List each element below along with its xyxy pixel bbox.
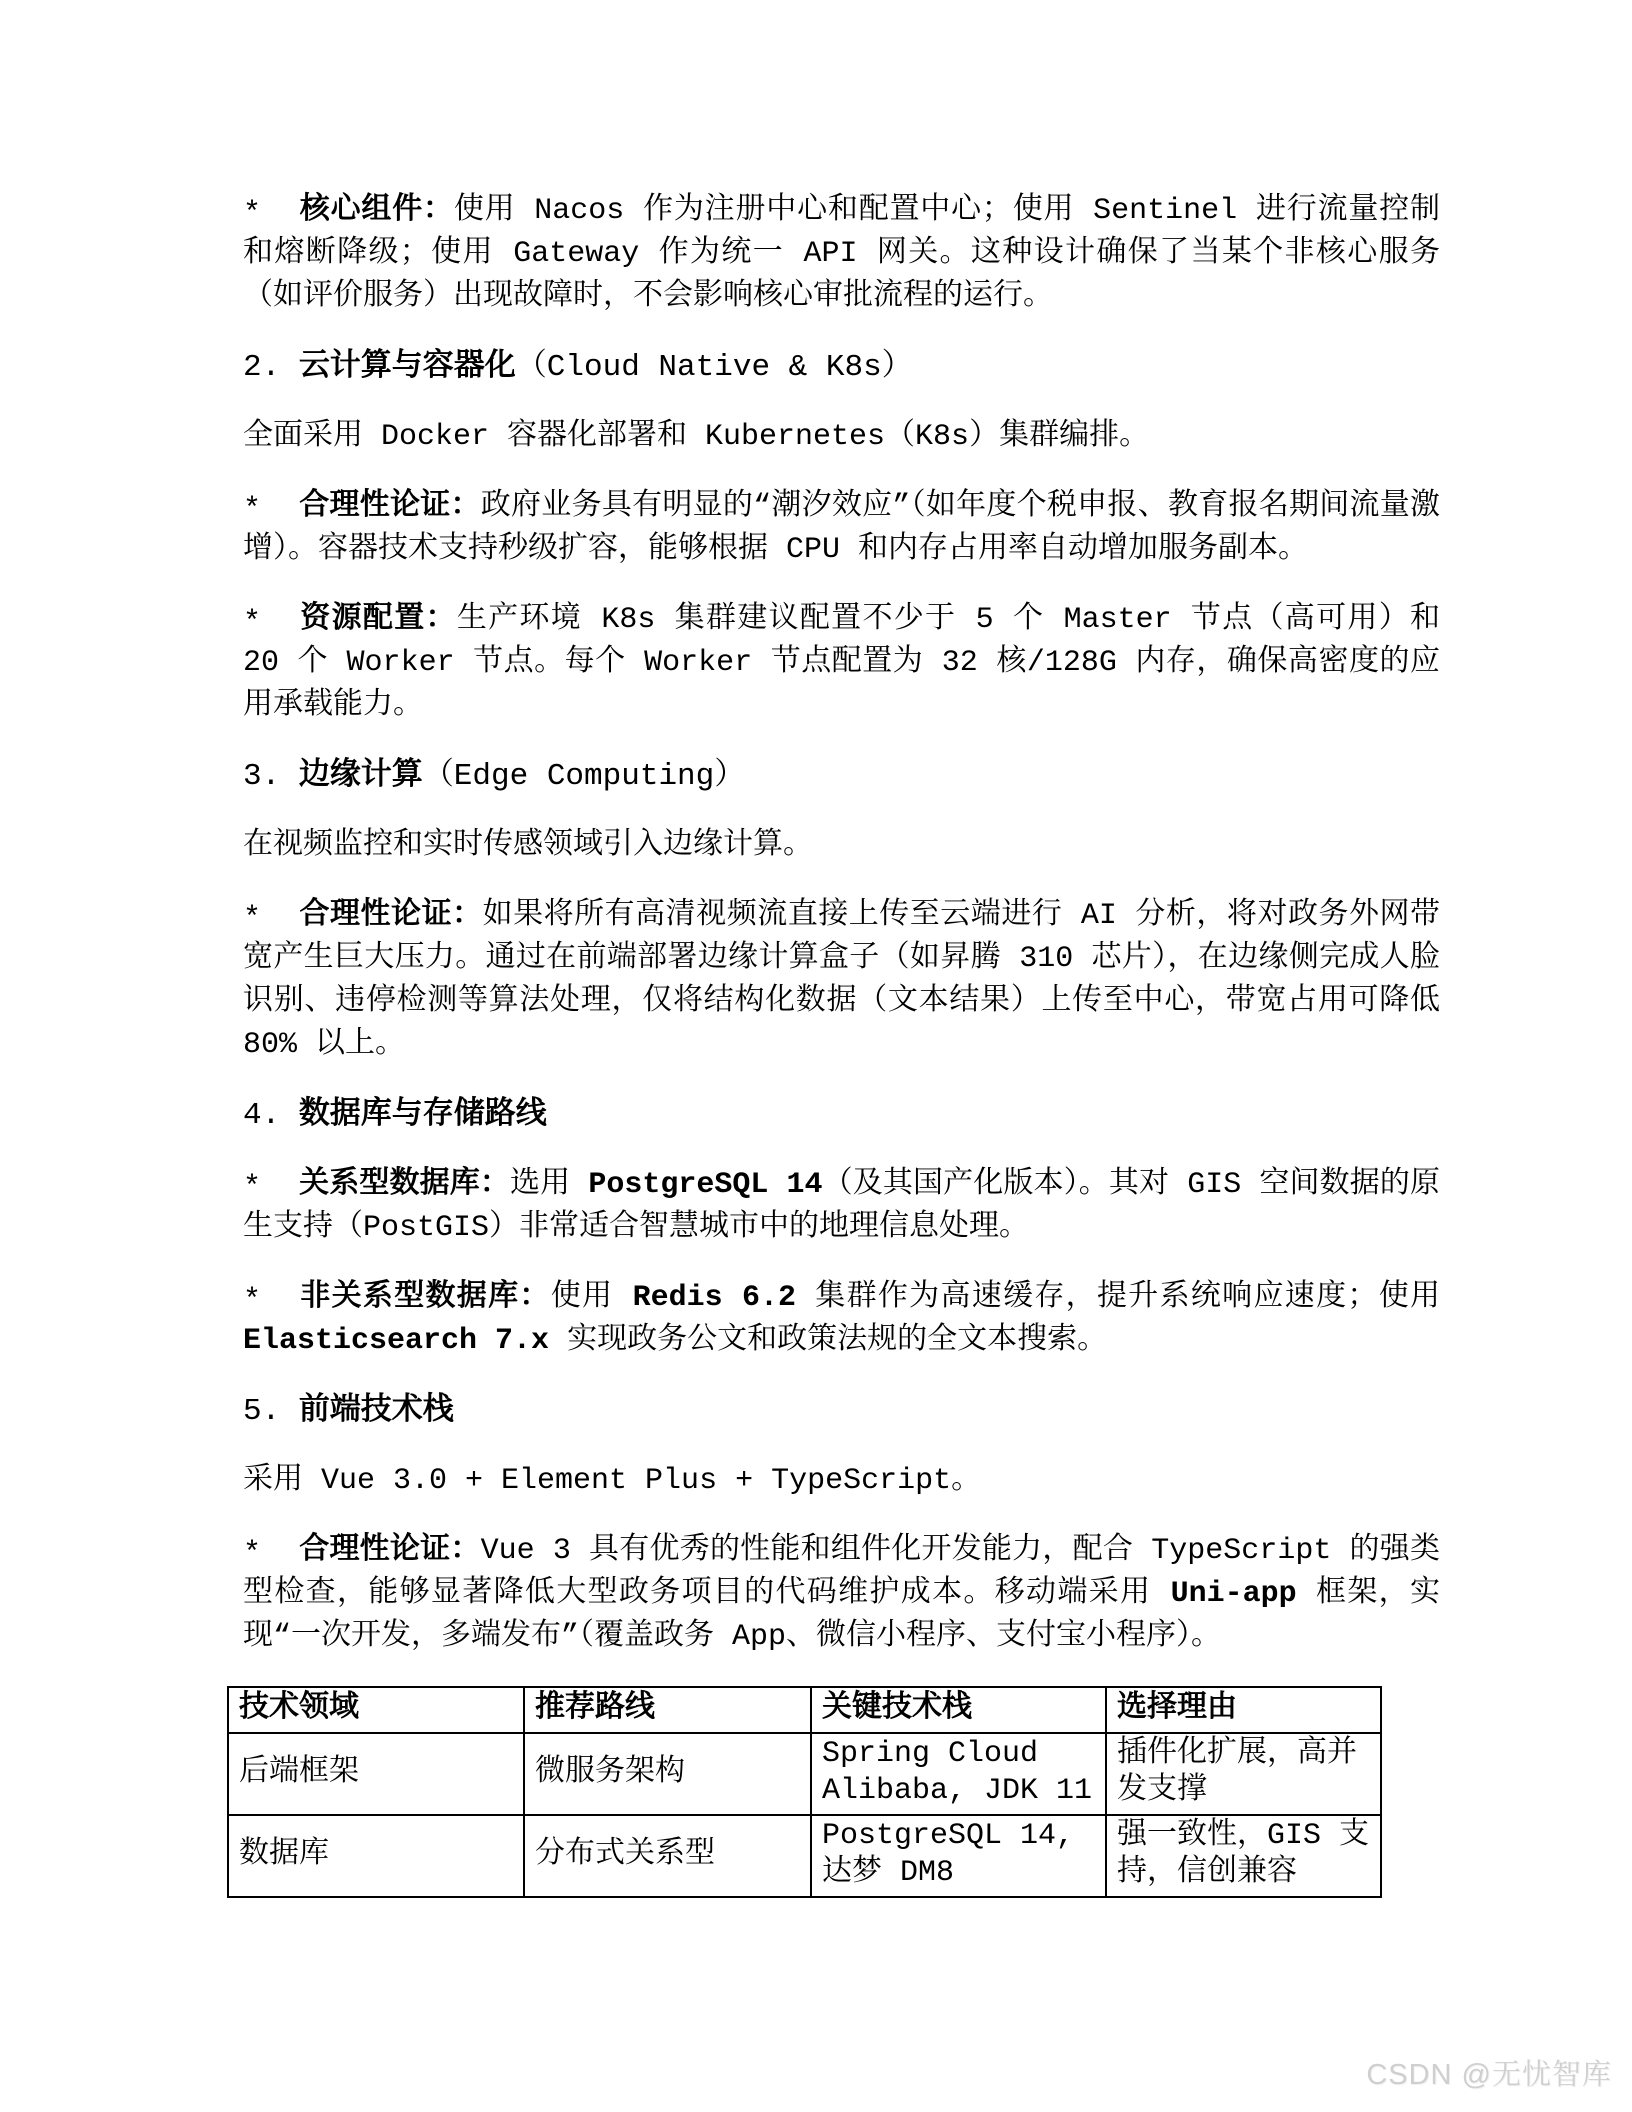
column-header-selection-reason: 选择理由 <box>1106 1687 1381 1733</box>
cell-tech-domain: 数据库 <box>228 1815 524 1897</box>
paragraph-edge-intro: 在视频监控和实时传感领域引入边缘计算。 <box>243 825 1440 868</box>
bullet-rationale-frontend: *合理性论证：Vue 3 具有优秀的性能和组件化开发能力，配合 TypeScri… <box>243 1530 1440 1659</box>
document-body: *核心组件：使用 Nacos 作为注册中心和配置中心；使用 Sentinel 进… <box>227 190 1440 1898</box>
bold-elasticsearch: Elasticsearch 7.x <box>243 1324 549 1358</box>
heading-cloud-native: 2. 云计算与容器化（Cloud Native & K8s） <box>243 346 1440 389</box>
heading-number: 3. <box>243 759 299 794</box>
cell-tech-domain: 后端框架 <box>228 1733 524 1815</box>
bullet-asterisk: * <box>243 898 299 941</box>
heading-latin-suffix: （Edge Computing） <box>423 759 745 794</box>
heading-frontend-stack: 5. 前端技术栈 <box>243 1390 1440 1433</box>
heading-title: 边缘计算 <box>299 759 423 794</box>
bullet-resource-config: *资源配置：生产环境 K8s 集群建议配置不少于 5 个 Master 节点（高… <box>243 599 1440 728</box>
bullet-label: 核心组件： <box>299 194 454 228</box>
bullet-rationale-edge: *合理性论证：如果将所有高清视频流直接上传至云端进行 AI 分析，将对政务外网带… <box>243 895 1440 1067</box>
cell-selection-reason: 强一致性，GIS 支持，信创兼容 <box>1106 1815 1381 1897</box>
table-row: 数据库 分布式关系型 PostgreSQL 14, 达梦 DM8 强一致性，GI… <box>228 1815 1381 1897</box>
cell-key-stack: Spring Cloud Alibaba, JDK 11 <box>811 1733 1106 1815</box>
heading-number: 4. <box>243 1098 299 1133</box>
heading-edge-computing: 3. 边缘计算（Edge Computing） <box>243 755 1440 798</box>
bullet-asterisk: * <box>243 489 299 532</box>
table-row: 后端框架 微服务架构 Spring Cloud Alibaba, JDK 11 … <box>228 1733 1381 1815</box>
paragraph-docker-k8s: 全面采用 Docker 容器化部署和 Kubernetes（K8s）集群编排。 <box>243 416 1440 459</box>
csdn-watermark: CSDN @无忧智库 <box>1366 2052 1612 2093</box>
bullet-nosql-db: *非关系型数据库：使用 Redis 6.2 集群作为高速缓存，提升系统响应速度；… <box>243 1277 1440 1363</box>
bold-postgresql: PostgreSQL 14 <box>588 1168 822 1202</box>
heading-title: 云计算与容器化 <box>299 350 516 385</box>
bullet-rationale-cloud: *合理性论证：政府业务具有明显的“潮汐效应”（如年度个税申报、教育报名期间流量激… <box>243 486 1440 572</box>
tech-selection-table: 技术领域 推荐路线 关键技术栈 选择理由 后端框架 微服务架构 Spring C… <box>227 1686 1382 1898</box>
heading-title: 前端技术栈 <box>299 1394 454 1429</box>
bullet-label: 合理性论证： <box>299 899 483 933</box>
bullet-text: 使用 <box>551 1281 633 1315</box>
bullet-label: 合理性论证： <box>299 490 481 524</box>
cell-recommended-route: 分布式关系型 <box>524 1815 811 1897</box>
bullet-label: 关系型数据库： <box>299 1168 510 1202</box>
heading-number: 5. <box>243 1394 299 1429</box>
bullet-asterisk: * <box>243 602 299 645</box>
heading-database-storage: 4. 数据库与存储路线 <box>243 1094 1440 1137</box>
bullet-label: 资源配置： <box>299 603 457 637</box>
bullet-label: 非关系型数据库： <box>299 1281 551 1315</box>
bullet-asterisk: * <box>243 1280 299 1323</box>
heading-title: 数据库与存储路线 <box>299 1098 547 1133</box>
bullet-asterisk: * <box>243 193 299 236</box>
column-header-key-stack: 关键技术栈 <box>811 1687 1106 1733</box>
cell-key-stack: PostgreSQL 14, 达梦 DM8 <box>811 1815 1106 1897</box>
paragraph-text: 采用 Vue 3.0 + Element Plus + TypeScript。 <box>243 1464 981 1498</box>
paragraph-vue-stack: 采用 Vue 3.0 + Element Plus + TypeScript。 <box>243 1460 1440 1503</box>
paragraph-text: 在视频监控和实时传感领域引入边缘计算。 <box>243 829 813 863</box>
bold-redis: Redis 6.2 <box>633 1281 796 1315</box>
bullet-asterisk: * <box>243 1533 299 1576</box>
table-header-row: 技术领域 推荐路线 关键技术栈 选择理由 <box>228 1687 1381 1733</box>
column-header-recommended-route: 推荐路线 <box>524 1687 811 1733</box>
bullet-text: 实现政务公文和政策法规的全文本搜索。 <box>549 1324 1107 1358</box>
bullet-asterisk: * <box>243 1167 299 1210</box>
heading-number: 2. <box>243 350 299 385</box>
bold-uniapp: Uni-app <box>1171 1577 1297 1611</box>
bullet-text: 选用 <box>510 1168 588 1202</box>
document-page: *核心组件：使用 Nacos 作为注册中心和配置中心；使用 Sentinel 进… <box>0 0 1632 2112</box>
column-header-tech-domain: 技术领域 <box>228 1687 524 1733</box>
paragraph-text: 全面采用 Docker 容器化部署和 Kubernetes（K8s）集群编排。 <box>243 420 1149 454</box>
bullet-label: 合理性论证： <box>299 1534 481 1568</box>
cell-selection-reason: 插件化扩展，高并发支撑 <box>1106 1733 1381 1815</box>
heading-latin-suffix: （Cloud Native & K8s） <box>516 350 913 385</box>
bullet-core-components: *核心组件：使用 Nacos 作为注册中心和配置中心；使用 Sentinel 进… <box>243 190 1440 319</box>
bullet-relational-db: *关系型数据库：选用 PostgreSQL 14（及其国产化版本）。其对 GIS… <box>243 1164 1440 1250</box>
bullet-text: 集群作为高速缓存，提升系统响应速度；使用 <box>796 1281 1440 1315</box>
cell-recommended-route: 微服务架构 <box>524 1733 811 1815</box>
